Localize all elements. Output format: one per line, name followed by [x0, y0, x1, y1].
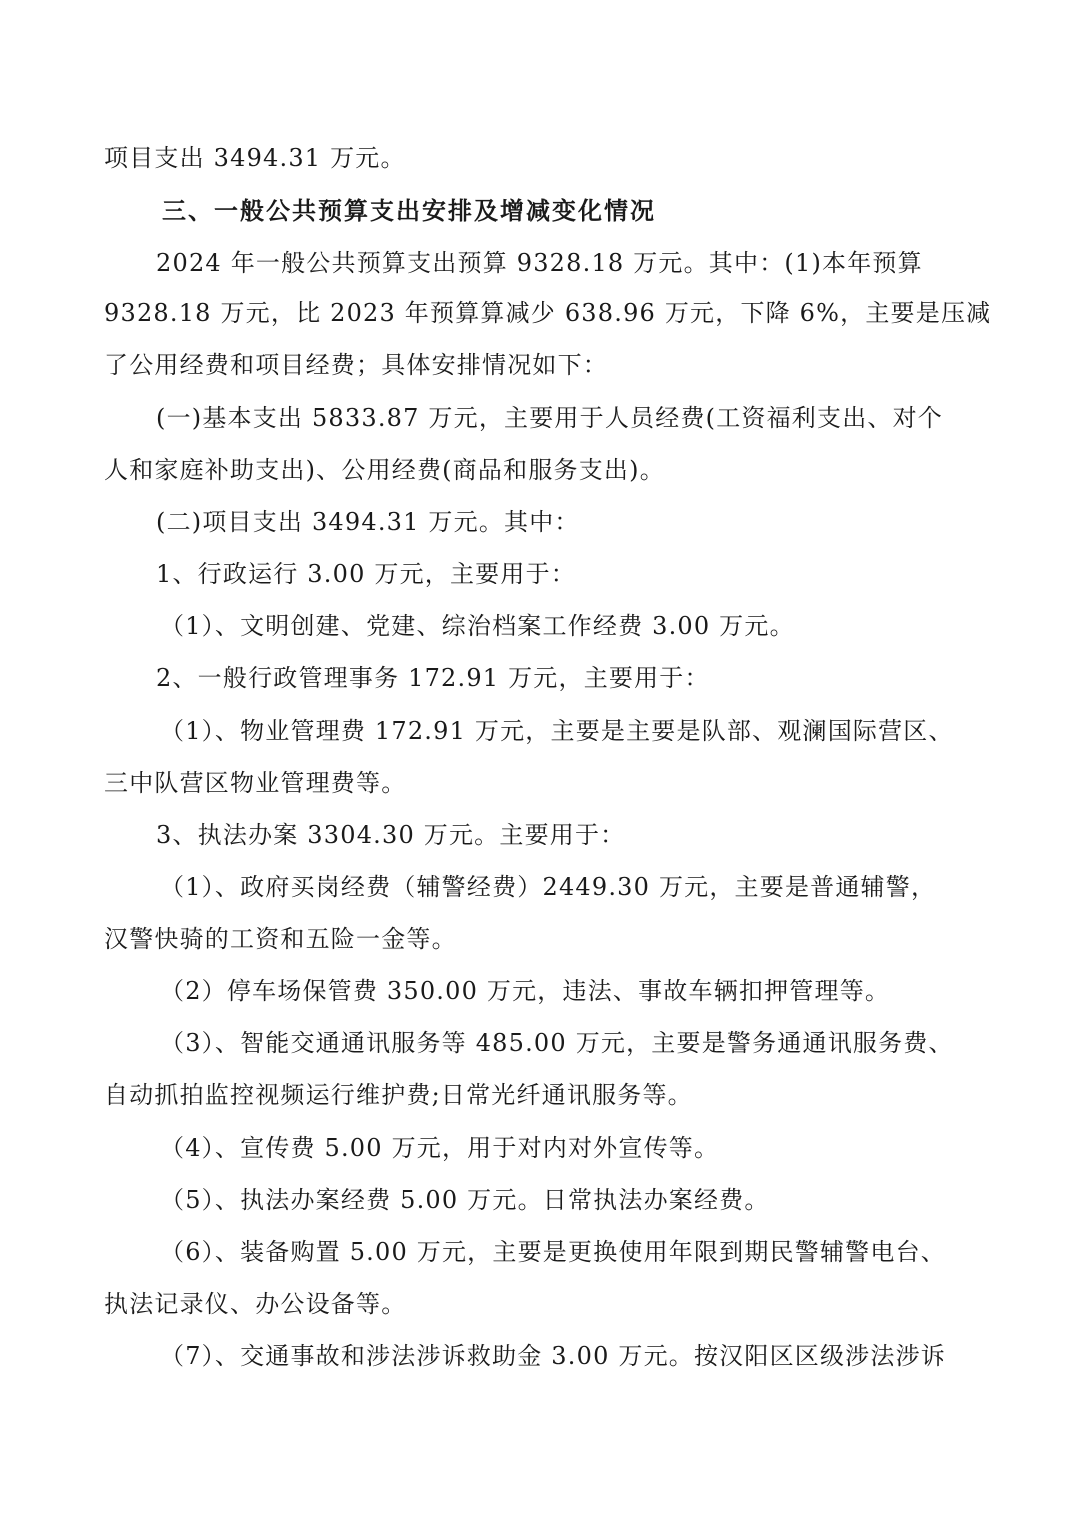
text-line: （3）、智能交通通讯服务等 485.00 万元，主要是警务通通讯服务费、	[160, 1028, 954, 1058]
text-line: （6）、装备购置 5.00 万元，主要是更换使用年限到期民警辅警电台、	[160, 1237, 946, 1267]
text-line: （5）、执法办案经费 5.00 万元。日常执法办案经费。	[160, 1185, 770, 1215]
text-line: （1）、文明创建、党建、综治档案工作经费 3.00 万元。	[160, 611, 795, 641]
text-line: 人和家庭补助支出)、公用经费(商品和服务支出)。	[104, 455, 665, 485]
text-line: 项目支出 3494.31 万元。	[104, 143, 406, 173]
text-line: 自动抓拍监控视频运行维护费;日常光纤通讯服务等。	[104, 1080, 693, 1110]
text-line: 了公用经费和项目经费；具体安排情况如下：	[104, 350, 608, 380]
text-line: 三中队营区物业管理费等。	[104, 768, 406, 798]
text-line: 2、一般行政管理事务 172.91 万元，主要用于：	[156, 663, 710, 693]
text-line: (一)基本支出 5833.87 万元，主要用于人员经费(工资福利支出、对个	[156, 403, 943, 433]
text-line: （4）、宣传费 5.00 万元，用于对内对外宣传等。	[160, 1133, 719, 1163]
text-line: 执法记录仪、办公设备等。	[104, 1289, 406, 1319]
text-line: （1）、政府买岗经费（辅警经费）2449.30 万元，主要是普通辅警，	[160, 872, 936, 902]
text-line: 3、执法办案 3304.30 万元。主要用于：	[156, 820, 625, 850]
text-line: 2024 年一般公共预算支出预算 9328.18 万元。其中：(1)本年预算	[156, 248, 923, 278]
text-line: （7）、交通事故和涉法涉诉救助金 3.00 万元。按汉阳区区级涉法涉诉	[160, 1341, 946, 1371]
section-heading: 三、一般公共预算支出安排及增减变化情况	[162, 196, 656, 226]
text-line: 汉警快骑的工资和五险一金等。	[104, 924, 457, 954]
text-line: (二)项目支出 3494.31 万元。其中：	[156, 507, 580, 537]
document-page: 项目支出 3494.31 万元。 三、一般公共预算支出安排及增减变化情况 202…	[0, 0, 1074, 1520]
text-line: （2）停车场保管费 350.00 万元，违法、事故车辆扣押管理等。	[160, 976, 890, 1006]
text-line: （1）、物业管理费 172.91 万元，主要是主要是队部、观澜国际营区、	[160, 716, 954, 746]
text-line: 1、行政运行 3.00 万元，主要用于：	[156, 559, 576, 589]
text-line: 9328.18 万元，比 2023 年预算算减少 638.96 万元，下降 6%…	[104, 298, 991, 328]
